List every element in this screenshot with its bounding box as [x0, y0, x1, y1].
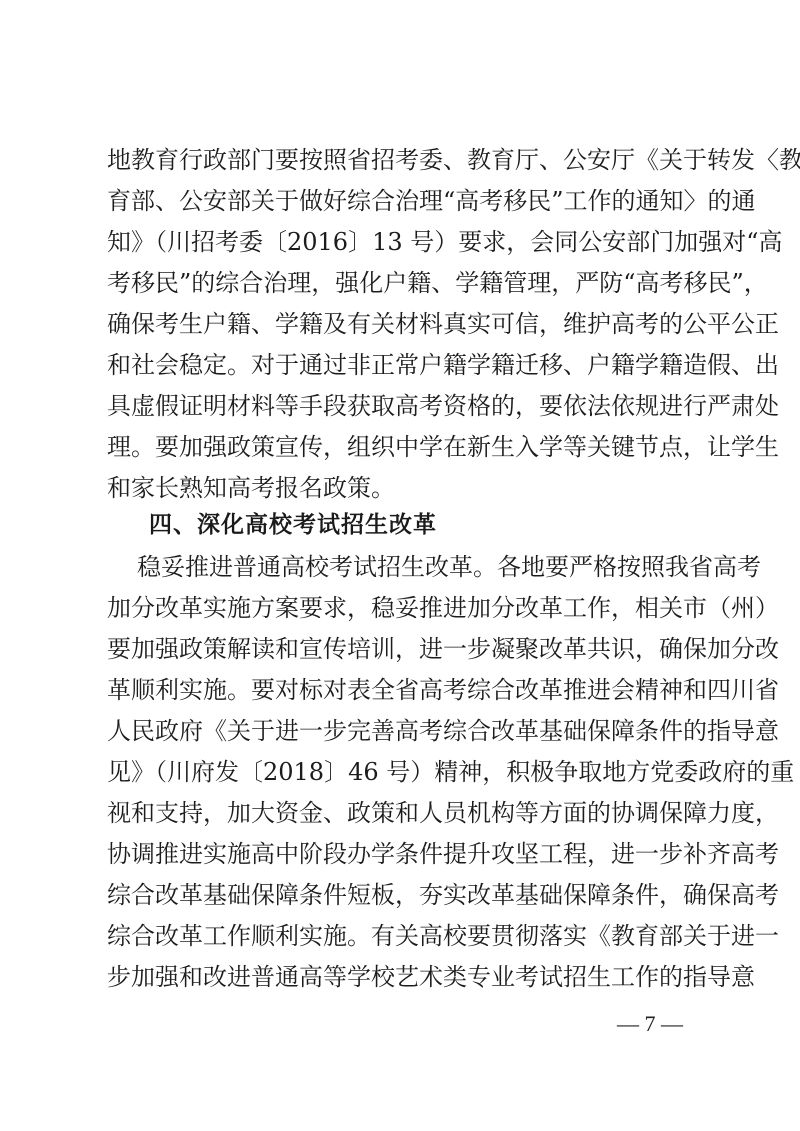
text-line: 具虚假证明材料等手段获取高考资格的，要依法依规进行严肃处	[107, 389, 699, 423]
text-line: 和社会稳定。对于通过非正常户籍学籍迁移、户籍学籍造假、出	[107, 348, 699, 382]
document-page: 地教育行政部门要按照省招考委、教育厅、公安厅《关于转发〈教 育部、公安部关于做好…	[0, 0, 800, 1131]
section-heading: 四、深化高校考试招生改革	[149, 508, 437, 542]
text-line: 见》（川府发〔2018〕46 号）精神，积极争取地方党委政府的重	[107, 755, 699, 789]
text-line: 加分改革实施方案要求，稳妥推进加分改革工作，相关市（州）	[107, 591, 699, 625]
page-number: — 7 —	[600, 1009, 700, 1039]
text-line: 稳妥推进普通高校考试招生改革。各地要严格按照我省高考	[137, 550, 699, 584]
text-line: 知》（川招考委〔2016〕13 号）要求，会同公安部门加强对“高	[107, 225, 699, 259]
text-line: 和家长熟知高考报名政策。	[107, 471, 699, 505]
text-line: 理。要加强政策宣传，组织中学在新生入学等关键节点，让学生	[107, 430, 699, 464]
text-line: 协调推进实施高中阶段办学条件提升攻坚工程，进一步补齐高考	[107, 837, 699, 871]
text-line: 综合改革基础保障条件短板，夯实改革基础保障条件，确保高考	[107, 878, 699, 912]
text-line: 人民政府《关于进一步完善高考综合改革基础保障条件的指导意	[107, 714, 699, 748]
text-line: 视和支持，加大资金、政策和人员机构等方面的协调保障力度，	[107, 796, 699, 830]
text-line: 确保考生户籍、学籍及有关材料真实可信，维护高考的公平公正	[107, 307, 699, 341]
text-line: 育部、公安部关于做好综合治理“高考移民”工作的通知〉的通	[107, 184, 699, 218]
text-line: 考移民”的综合治理，强化户籍、学籍管理，严防“高考移民”，	[107, 266, 699, 300]
text-line: 地教育行政部门要按照省招考委、教育厅、公安厅《关于转发〈教	[107, 143, 699, 177]
text-line: 要加强政策解读和宣传培训，进一步凝聚改革共识，确保加分改	[107, 632, 699, 666]
text-line: 综合改革工作顺利实施。有关高校要贯彻落实《教育部关于进一	[107, 919, 699, 953]
text-line: 革顺利实施。要对标对表全省高考综合改革推进会精神和四川省	[107, 673, 699, 707]
text-line: 步加强和改进普通高等学校艺术类专业考试招生工作的指导意	[107, 960, 699, 994]
